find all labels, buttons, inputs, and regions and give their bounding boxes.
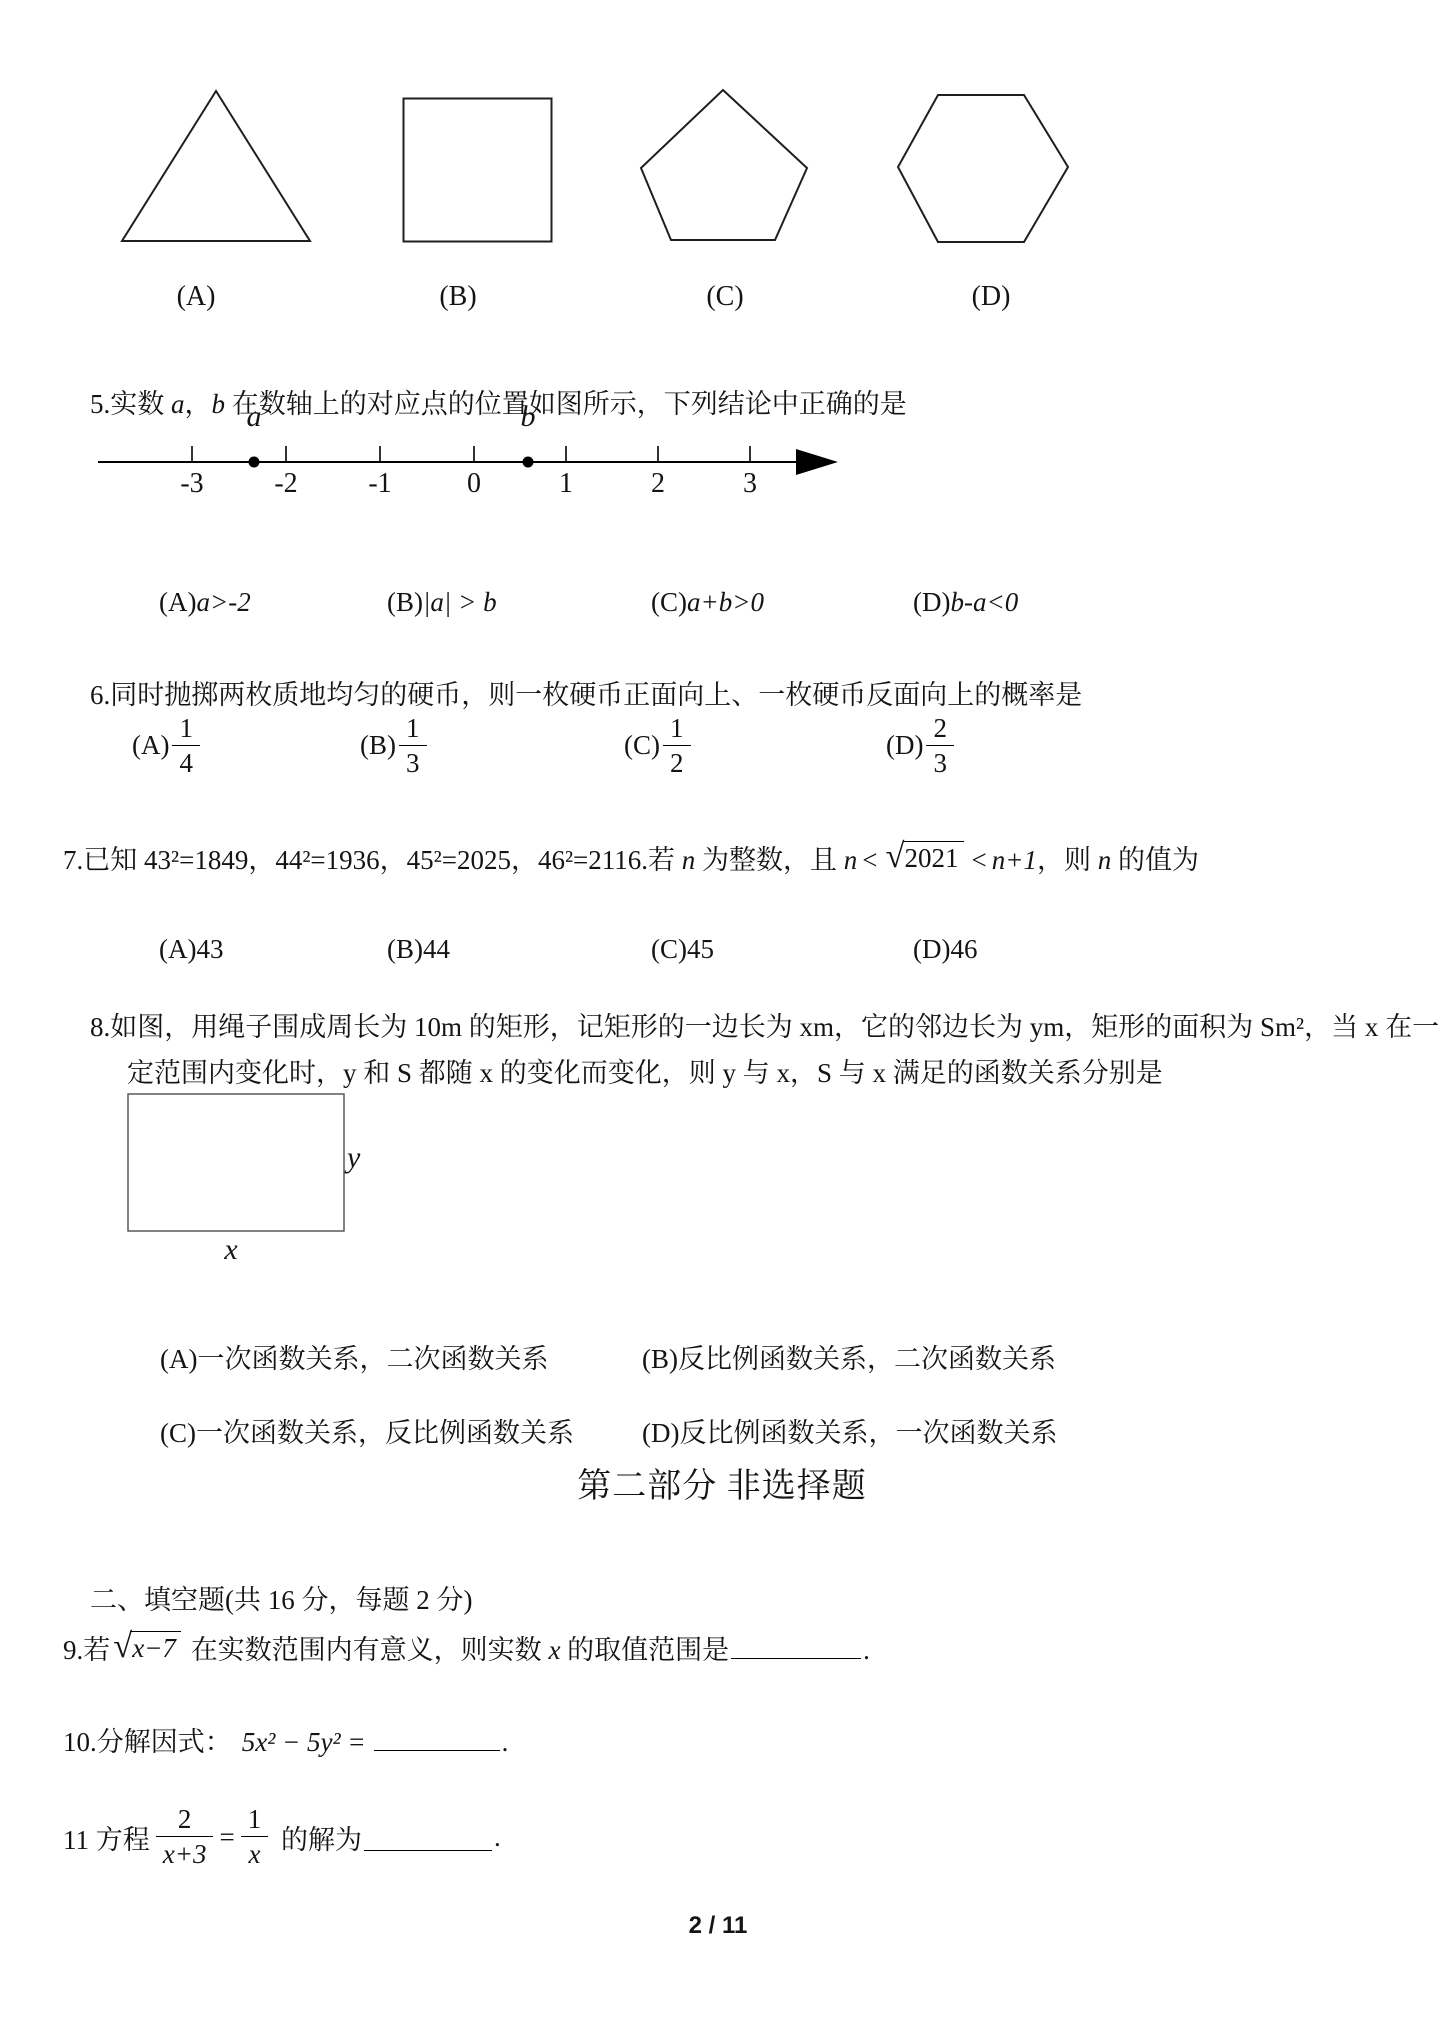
q5-option-d: (D)b-a<0: [886, 556, 1018, 649]
shape-label-d: (D): [972, 281, 1011, 313]
q8-option-a-label: (A): [160, 1344, 197, 1374]
point-a-label: a: [247, 400, 262, 434]
q11-fraction-1: 2x+3: [156, 1803, 214, 1871]
q11-frac2-denominator: x: [241, 1836, 269, 1871]
q7-option-a-label: (A): [159, 934, 196, 964]
q10-pre: 10.分解因式：: [63, 1720, 232, 1759]
q5-option-b-label: (B): [387, 587, 423, 617]
radical-sign-icon: √: [113, 1629, 132, 1664]
q7-option-c-value: 45: [687, 934, 714, 964]
answer-blank: [731, 1631, 861, 1659]
section-2-heading: 第二部分 非选择题: [577, 1458, 867, 1507]
q11-frac2-numerator: 1: [241, 1803, 269, 1836]
q7-var-n1: n: [682, 845, 696, 876]
q6-option-b-fraction: 13: [399, 712, 427, 780]
q7-option-c-label: (C): [651, 934, 687, 964]
exam-page: (A) (B) (C) (D) 5.实数 a，b 在数轴上的对应点的位置如图所示…: [0, 0, 1440, 2036]
q6-d-numerator: 2: [926, 712, 954, 745]
shape-label-a: (A): [177, 281, 216, 313]
q11-seg1: 11 方程: [63, 1818, 150, 1857]
q11-fraction-2: 1x: [241, 1803, 269, 1871]
q6-c-denominator: 2: [663, 745, 691, 780]
q5-option-d-formula: b-a<0: [950, 587, 1018, 617]
q7-seg1: 7.已知 43²=1849，44²=1936，45²=2025，46²=2116…: [63, 838, 682, 877]
axis-arrow-icon: [796, 449, 838, 475]
q9-radicand: x−7: [130, 1631, 181, 1664]
q6-option-c: (C) 12: [624, 712, 694, 780]
q8-option-c-text: 一次函数关系，反比例函数关系: [196, 1418, 574, 1448]
q8-option-c-label: (C): [160, 1418, 196, 1448]
q9-period: .: [863, 1635, 870, 1666]
q11-frac1-denominator: x+3: [156, 1836, 214, 1871]
q7-option-b-label: (B): [387, 934, 423, 964]
q6-option-c-label: (C): [624, 730, 660, 761]
q9-seg3: 的取值范围是: [560, 1628, 729, 1667]
question-9: 9.若√x−7 在实数范围内有意义，则实数 x 的取值范围是.: [63, 1628, 870, 1667]
triangle-shape: [112, 85, 316, 247]
q7-seg2: 为整数，且: [695, 838, 844, 877]
point-b-dot: [523, 457, 534, 468]
answer-blank: [364, 1823, 492, 1851]
point-a-dot: [249, 457, 260, 468]
q5-option-c-formula: a+b>0: [687, 587, 764, 617]
q6-option-d-fraction: 23: [926, 712, 954, 780]
q7-lt2: <: [972, 845, 987, 876]
q6-option-d: (D) 23: [886, 712, 957, 780]
rect-x-label: x: [224, 1233, 237, 1267]
square-shape: [402, 97, 554, 244]
q10-period: .: [502, 1727, 509, 1758]
q7-option-d-label: (D): [913, 934, 950, 964]
q9-seg2: 在实数范围内有意义，则实数: [184, 1628, 549, 1667]
q8-line2: 定范围内变化时，y 和 S 都随 x 的变化而变化，则 y 与 x，S 与 x …: [127, 1058, 1163, 1088]
q8-option-b-text: 反比例函数关系，二次函数关系: [678, 1344, 1056, 1374]
q7-option-a-value: 43: [196, 934, 223, 964]
q6-option-c-fraction: 12: [663, 712, 691, 780]
q7-lt1: <: [862, 845, 877, 876]
question-11: 11 方程 2x+3 = 1x 的解为.: [63, 1795, 501, 1879]
point-b-label: b: [521, 400, 536, 434]
pentagon-shape: [636, 85, 816, 245]
q7-seg3: ，则: [1037, 838, 1098, 877]
number-line-figure: a b -3 -2 -1 0 1 2 3: [90, 396, 860, 516]
q7-option-d-value: 46: [950, 934, 977, 964]
q5-option-b: (B)|a| > b: [360, 556, 497, 649]
q8-option-c: (C)一次函数关系，反比例函数关系: [133, 1380, 574, 1481]
tick-label-neg1: -1: [368, 468, 391, 500]
q11-equals: =: [219, 1822, 234, 1853]
shape-label-c: (C): [706, 281, 743, 313]
q8-option-d-text: 反比例函数关系，一次函数关系: [679, 1418, 1057, 1448]
q11-period: .: [494, 1822, 501, 1853]
fill-in-section-text: 二、填空题(共 16 分，每题 2 分): [90, 1585, 472, 1615]
q6-option-a: (A) 14: [132, 712, 203, 780]
q7-radicand: 2021: [903, 841, 964, 874]
q6-d-denominator: 3: [926, 745, 954, 780]
q7-var-n2: n: [844, 845, 858, 876]
q6-option-b-label: (B): [360, 730, 396, 761]
q9-sqrt: √x−7: [113, 1631, 181, 1666]
q8-option-b-label: (B): [642, 1344, 678, 1374]
q7-seg4: 的值为: [1111, 838, 1199, 877]
tick-label-neg2: -2: [274, 468, 297, 500]
q6-b-numerator: 1: [399, 712, 427, 745]
q5-option-a-label: (A): [159, 587, 196, 617]
q7-n-plus-1: n+1: [992, 845, 1037, 876]
q11-seg2: 的解为: [274, 1818, 362, 1857]
q7-sqrt-2021: √2021: [886, 841, 964, 876]
rectangle-outline: [127, 1093, 397, 1273]
q5-option-c-label: (C): [651, 587, 687, 617]
q7-var-n4: n: [1098, 845, 1112, 876]
q11-frac1-numerator: 2: [156, 1803, 214, 1836]
q6-option-a-fraction: 14: [172, 712, 200, 780]
q9-seg1: 9.若: [63, 1628, 110, 1667]
question-10: 10.分解因式：5x² − 5y² =.: [63, 1720, 508, 1759]
q8-option-d-label: (D): [642, 1418, 679, 1448]
q5-option-d-label: (D): [913, 587, 950, 617]
q6-b-denominator: 3: [399, 745, 427, 780]
tick-label-3: 3: [743, 468, 757, 500]
q6-c-numerator: 1: [663, 712, 691, 745]
q5-option-a: (A)a>-2: [132, 556, 251, 649]
tick-label-2: 2: [651, 468, 665, 500]
q6-a-numerator: 1: [172, 712, 200, 745]
q9-var-x: x: [548, 1635, 560, 1666]
q6-text: 6.同时抛掷两枚质地均匀的硬币，则一枚硬币正面向上、一枚硬币反面向上的概率是: [90, 680, 1082, 710]
radical-sign-icon: √: [886, 839, 905, 874]
q6-a-denominator: 4: [172, 745, 200, 780]
q5-option-c: (C)a+b>0: [624, 556, 764, 649]
q5-option-b-formula: |a| > b: [423, 587, 497, 617]
rect-y-label: y: [347, 1141, 360, 1175]
q8-option-a-text: 一次函数关系，二次函数关系: [197, 1344, 548, 1374]
answer-blank: [374, 1723, 500, 1751]
q6-option-a-label: (A): [132, 730, 169, 761]
q10-formula: 5x² − 5y² =: [242, 1727, 366, 1758]
q7-option-b-value: 44: [423, 934, 450, 964]
tick-label-0: 0: [467, 468, 481, 500]
hexagon-shape: [893, 90, 1075, 247]
question-7-text: 7.已知 43²=1849，44²=1936，45²=2025，46²=2116…: [63, 838, 1199, 877]
rectangle-figure: y x: [127, 1093, 397, 1273]
tick-label-1: 1: [559, 468, 573, 500]
tick-label-neg3: -3: [180, 468, 203, 500]
q6-option-d-label: (D): [886, 730, 923, 761]
page-number: 2 / 11: [689, 1912, 748, 1940]
q5-option-a-formula: a>-2: [196, 587, 250, 617]
shape-label-b: (B): [439, 281, 476, 313]
q6-option-b: (B) 13: [360, 712, 430, 780]
